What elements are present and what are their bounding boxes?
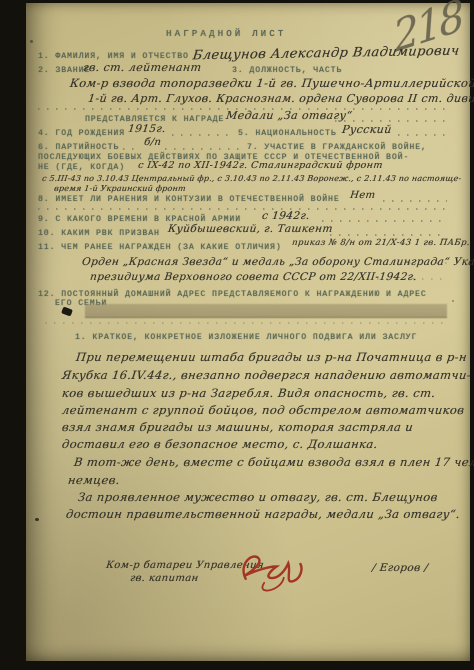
field-draft-office-value: Куйбышевский, г. Ташкент xyxy=(167,223,333,235)
field-position-label: 3. ДОЛЖНОСТЬ, ЧАСТЬ xyxy=(232,66,342,75)
field-position-value-line1: Ком-р взвода топоразведки 1-й гв. Пушечн… xyxy=(69,76,474,90)
dot-leader xyxy=(383,200,447,202)
paper-speck xyxy=(452,300,454,302)
feat-line: Якубка 16.IV.44г., внезапно подвергся на… xyxy=(61,368,472,382)
dot-leader xyxy=(400,262,447,264)
field-prior-awards-value: приказ № 8/н от 21/X-43 1 гв. ПАБр. xyxy=(291,238,470,248)
field-wars-label-line1: 7. УЧАСТИЕ В ГРАЖДАНСКОЙ ВОЙНЕ, xyxy=(247,143,427,152)
dot-leader xyxy=(335,120,447,122)
dot-leader xyxy=(172,134,234,136)
field-party-label: 6. ПАРТИЙНОСТЬ xyxy=(38,143,119,152)
field-wars-value-line2: с 5.III-43 по 3.10.43 Центральный фр., с… xyxy=(41,174,461,183)
field-party-value: б/п xyxy=(143,137,161,148)
feat-section-heading: 1. КРАТКОЕ, КОНКРЕТНОЕ ИЗЛОЖЕНИЕ ЛИЧНОГО… xyxy=(75,333,417,342)
field-wars-value-line3: время 1-й Украинский фронт xyxy=(53,184,186,193)
signer-name-paren: / Егоров / xyxy=(371,562,429,574)
field-wounds-label: 8. ИМЕЕТ ЛИ РАНЕНИЯ И КОНТУЗИИ В ОТЕЧЕСТ… xyxy=(38,195,340,204)
field-award-value: Медали „За отвагу“ xyxy=(225,109,353,122)
signer-role-line2: гв. капитан xyxy=(129,573,199,584)
document-title: НАГРАДНОЙ ЛИСТ xyxy=(166,29,286,39)
scanned-award-sheet: 218 НАГРАДНОЙ ЛИСТ 1. ФАМИЛИЯ, ИМЯ И ОТЧ… xyxy=(0,0,474,670)
dot-leader xyxy=(123,148,141,150)
red-ink-signature xyxy=(231,542,314,600)
redacted-address-strip xyxy=(85,304,447,318)
field-nationality-value: Русский xyxy=(341,123,392,136)
feat-line: доставил его в безопасное место, с. Долш… xyxy=(61,437,378,451)
field-birthyear-value: 1915г. xyxy=(127,123,166,135)
field-draft-office-label: 10. КАКИМ РВК ПРИЗВАН xyxy=(38,229,160,238)
paper-speck xyxy=(30,40,33,43)
dot-leader xyxy=(165,148,240,150)
field-birthyear-label: 4. ГОД РОЖДЕНИЯ xyxy=(38,129,125,138)
dot-leader xyxy=(322,220,447,222)
field-nationality-label: 5. НАЦИОНАЛЬНОСТЬ xyxy=(238,129,337,138)
field-wars-value-line1: с IX-42 по XII-1942г. Сталинградский фро… xyxy=(137,160,383,171)
dotted-rule xyxy=(45,322,445,324)
field-wars-label-line3: НЕ (ГДЕ, КОГДА) xyxy=(38,163,125,172)
feat-line: достоин правительственной награды, медал… xyxy=(65,507,461,521)
field-position-value-line2: 1-й гв. Арт. Глухов. Краснознам. ордена … xyxy=(87,92,474,105)
field-wounds-value: Нет xyxy=(349,190,376,201)
field-army-since-value: с 1942г. xyxy=(261,210,310,222)
field-prior-awards-label: 11. ЧЕМ РАНЕЕ НАГРАЖДЕН (ЗА КАКИЕ ОТЛИЧИ… xyxy=(38,243,282,252)
feat-line: В тот-же день, вместе с бойцами взвода в… xyxy=(73,455,474,469)
feat-line: лейтенант с группой бойцов, под обстрело… xyxy=(61,403,465,417)
feat-line: За проявленное мужество и отвагу, гв. ст… xyxy=(77,490,438,504)
feat-line: немцев. xyxy=(67,473,121,487)
field-rank-value: гв. ст. лейтенант xyxy=(82,61,202,74)
feat-line: взял знамя бригады из машины, которая за… xyxy=(61,420,414,434)
paper-speck xyxy=(35,518,39,521)
field-name-label: 1. ФАМИЛИЯ, ИМЯ И ОТЧЕСТВО xyxy=(38,52,189,61)
dot-leader xyxy=(368,278,447,280)
dot-leader xyxy=(330,234,447,236)
field-address-label-line1: 12. ПОСТОЯННЫЙ ДОМАШНИЙ АДРЕС ПРЕДСТАВЛЯ… xyxy=(38,290,427,299)
feat-line: ков вышедших из р-на Загребля. Видя опас… xyxy=(61,386,436,400)
dotted-rule xyxy=(38,208,448,210)
feat-line: При перемещении штаба бригады из р-на По… xyxy=(75,350,468,364)
dot-leader xyxy=(398,134,448,136)
field-prior-awards-value-line3: президиума Верховного совета СССР от 22/… xyxy=(89,271,417,283)
